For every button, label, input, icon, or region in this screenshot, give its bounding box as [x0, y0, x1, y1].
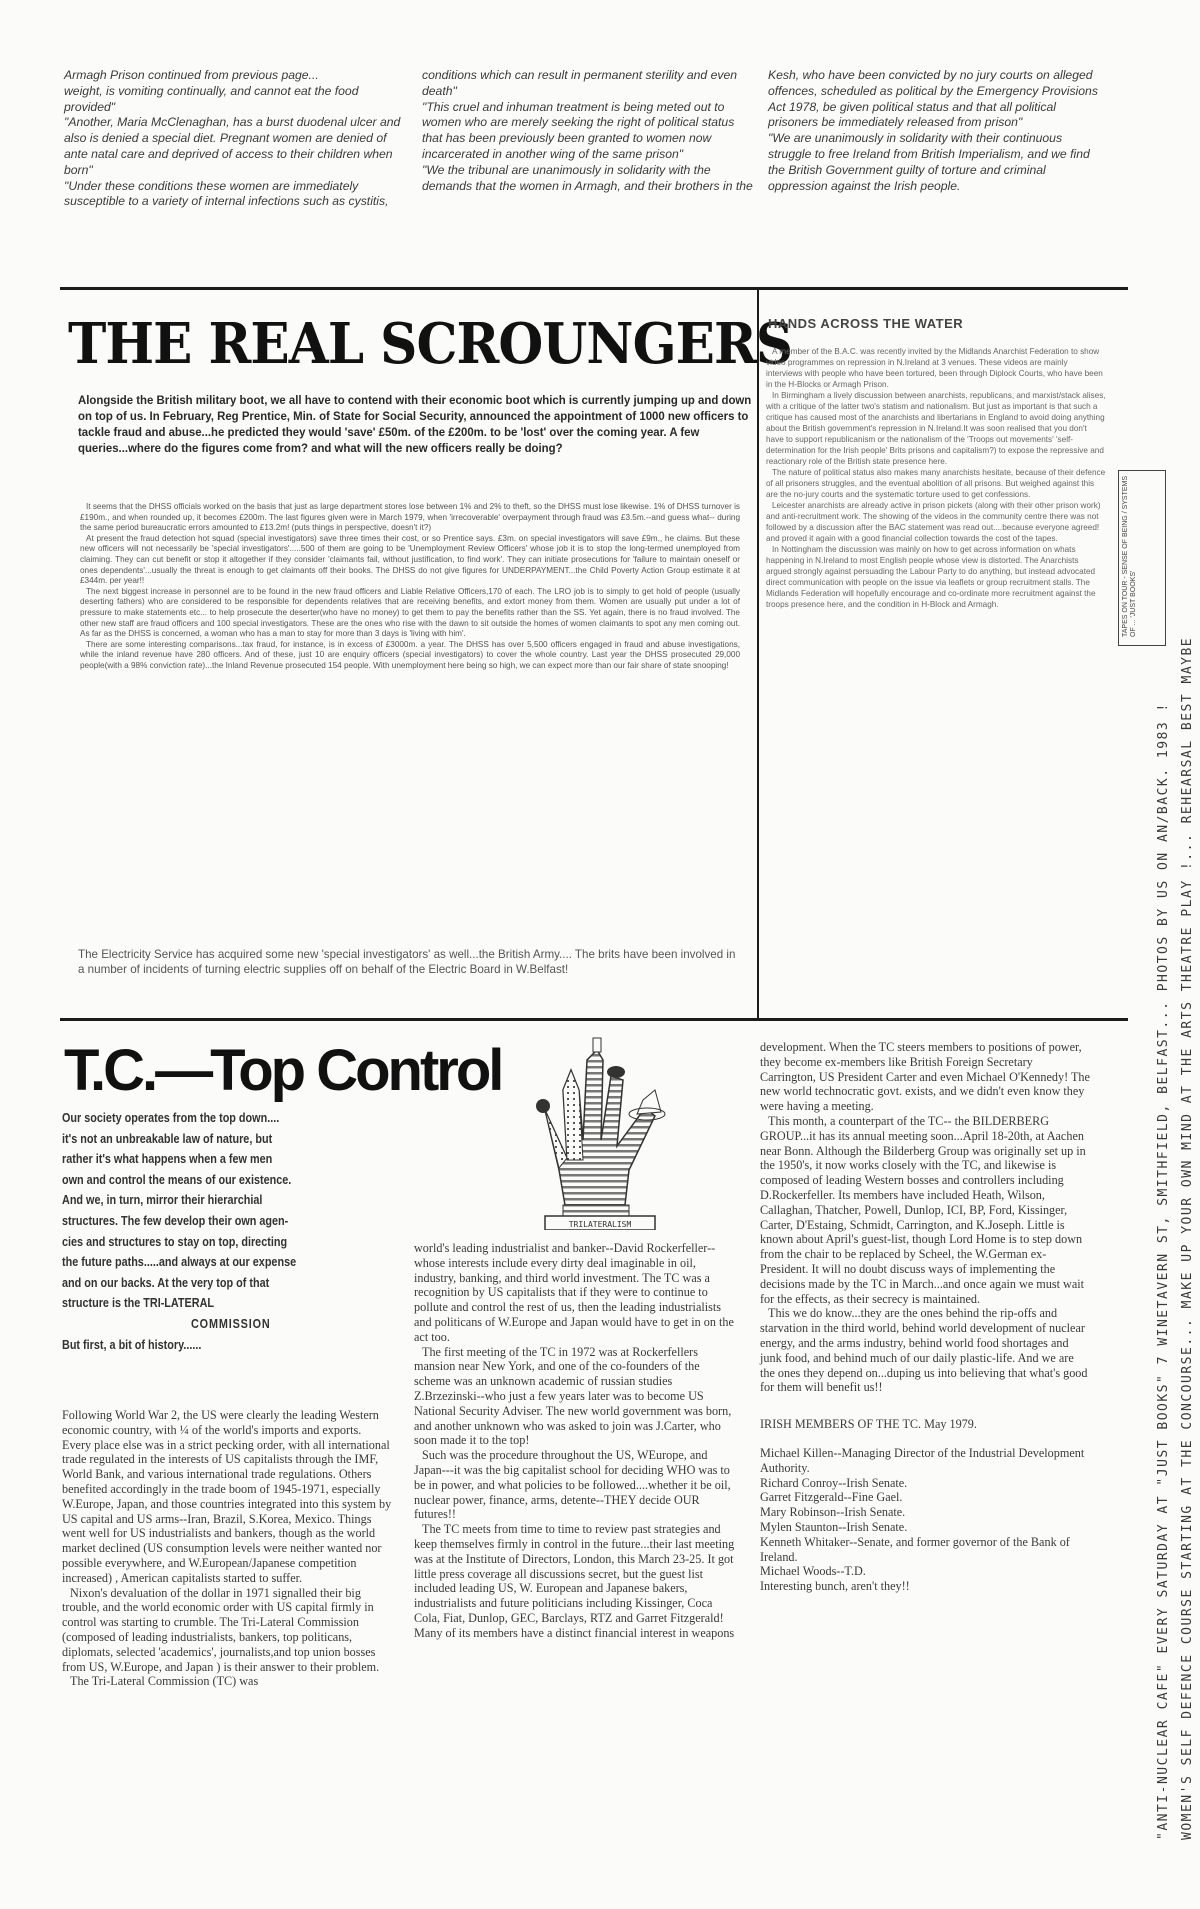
hands-paragraph: Leicester anarchists are already active …	[766, 500, 1106, 544]
tc-paragraph: The Tri-Lateral Commission (TC) was	[62, 1674, 392, 1689]
armagh-col-1: Armagh Prison continued from previous pa…	[64, 68, 404, 210]
armagh-paragraph: "Another, Maria McClenaghan, has a burst…	[64, 115, 404, 178]
tc-lead-line: it's not an unbreakable law of nature, b…	[62, 1129, 380, 1150]
tc-lead-line: structure is the TRI-LATERAL	[62, 1293, 380, 1314]
margin-note-handwritten: WOMEN'S SELF DEFENCE COURSE STARTING AT …	[1180, 637, 1195, 1840]
tc-col-3: development. When the TC steers members …	[760, 1040, 1090, 1594]
scroungers-paragraph: The next biggest increase in personnel a…	[80, 587, 740, 640]
scroungers-paragraph: There are some interesting comparisons..…	[80, 640, 740, 672]
armagh-paragraph: "We the tribunal are unanimously in soli…	[422, 163, 757, 195]
tc-lead-line: But first, a bit of history......	[62, 1335, 380, 1356]
hands-title: HANDS ACROSS THE WATER	[768, 316, 963, 331]
scroungers-headline: THE REAL SCROUNGERS	[68, 316, 792, 372]
tc-lead-line: own and control the means of our existen…	[62, 1170, 380, 1191]
tc-headline: T.C.—Top Control	[64, 1042, 501, 1100]
hands-paragraph: In Birmingham a lively discussion betwee…	[766, 390, 1106, 467]
tc-col-1: Following World War 2, the US were clear…	[62, 1408, 392, 1689]
armagh-paragraph: weight, is vomiting continually, and can…	[64, 84, 404, 116]
scroungers-lead: Alongside the British military boot, we …	[78, 392, 759, 456]
armagh-continued-note: Armagh Prison continued from previous pa…	[64, 68, 404, 84]
irish-member: Mary Robinson--Irish Senate.	[760, 1505, 1090, 1520]
margin-note-handwritten: "ANTI-NUCLEAR CAFE" EVERY SATURDAY AT "J…	[1156, 702, 1171, 1840]
tc-lead-line: rather it's what happens when a few men	[62, 1149, 380, 1170]
section-divider	[60, 287, 1128, 290]
irish-member: Kenneth Whitaker--Senate, and former gov…	[760, 1535, 1090, 1565]
irish-member: Interesting bunch, aren't they!!	[760, 1579, 1090, 1594]
tc-paragraph: This we do know...they are the ones behi…	[760, 1306, 1090, 1395]
tc-lead-line: and on our backs. At the very top of tha…	[62, 1273, 380, 1294]
scroungers-paragraph: It seems that the DHSS officials worked …	[80, 502, 740, 534]
trilateralism-hand-cartoon: TRILATERALISM	[505, 1030, 675, 1230]
armagh-paragraph: "We are unanimously in solidarity with t…	[768, 131, 1108, 194]
tc-lead-line: COMMISSION	[62, 1314, 380, 1335]
tc-paragraph: The TC meets from time to time to review…	[414, 1522, 739, 1640]
armagh-paragraph: conditions which can result in permanent…	[422, 68, 757, 100]
tc-paragraph: Such was the procedure throughout the US…	[414, 1448, 739, 1522]
armagh-paragraph: Kesh, who have been convicted by no jury…	[768, 68, 1108, 131]
tc-lead-line: Our society operates from the top down..…	[62, 1108, 380, 1129]
scroungers-body: It seems that the DHSS officials worked …	[80, 502, 740, 672]
hands-paragraph: In Nottingham the discussion was mainly …	[766, 544, 1106, 610]
tc-paragraph: development. When the TC steers members …	[760, 1040, 1090, 1114]
irish-member: Mylen Staunton--Irish Senate.	[760, 1520, 1090, 1535]
tc-lead-line: structures. The few develop their own ag…	[62, 1211, 380, 1232]
irish-member: Michael Woods--T.D.	[760, 1564, 1090, 1579]
tc-lead: Our society operates from the top down..…	[62, 1108, 380, 1355]
armagh-col-2: conditions which can result in permanent…	[422, 68, 757, 194]
tc-paragraph: Nixon's devaluation of the dollar in 197…	[62, 1586, 392, 1675]
tc-paragraph: world's leading industrialist and banker…	[414, 1241, 739, 1345]
hands-paragraph: The nature of political status also make…	[766, 467, 1106, 500]
irish-members-title: IRISH MEMBERS OF THE TC. May 1979.	[760, 1417, 1090, 1432]
tc-col-2: world's leading industrialist and banker…	[414, 1241, 739, 1641]
tc-paragraph: Following World War 2, the US were clear…	[62, 1408, 392, 1586]
section-divider	[60, 1018, 1128, 1021]
boxed-note-text: TAPES ON TOUR - SENSE OF BEING / SYSTEMS…	[1122, 473, 1138, 637]
electricity-note: The Electricity Service has acquired som…	[78, 947, 738, 978]
margin-boxed-note: TAPES ON TOUR - SENSE OF BEING / SYSTEMS…	[1118, 470, 1166, 646]
armagh-col-3: Kesh, who have been convicted by no jury…	[768, 68, 1108, 194]
irish-member: Michael Killen--Managing Director of the…	[760, 1446, 1090, 1476]
tc-paragraph: The first meeting of the TC in 1972 was …	[414, 1345, 739, 1449]
tc-lead-line: cies and structures to stay on top, dire…	[62, 1232, 380, 1253]
tc-lead-line: the future paths.....and always at our e…	[62, 1252, 380, 1273]
tc-paragraph: This month, a counterpart of the TC-- th…	[760, 1114, 1090, 1306]
cartoon-label: TRILATERALISM	[569, 1220, 632, 1229]
irish-member: Garret Fitzgerald--Fine Gael.	[760, 1490, 1090, 1505]
armagh-paragraph: "Under these conditions these women are …	[64, 179, 404, 211]
armagh-paragraph: "This cruel and inhuman treatment is bei…	[422, 100, 757, 163]
irish-member: Richard Conroy--Irish Senate.	[760, 1476, 1090, 1491]
hand-icon: TRILATERALISM	[505, 1030, 675, 1230]
hands-paragraph: A member of the B.A.C. was recently invi…	[766, 346, 1106, 390]
hands-body: A member of the B.A.C. was recently invi…	[766, 346, 1106, 610]
tc-lead-line: And we, in turn, mirror their hierarchia…	[62, 1190, 380, 1211]
scroungers-paragraph: At present the fraud detection hot squad…	[80, 534, 740, 587]
